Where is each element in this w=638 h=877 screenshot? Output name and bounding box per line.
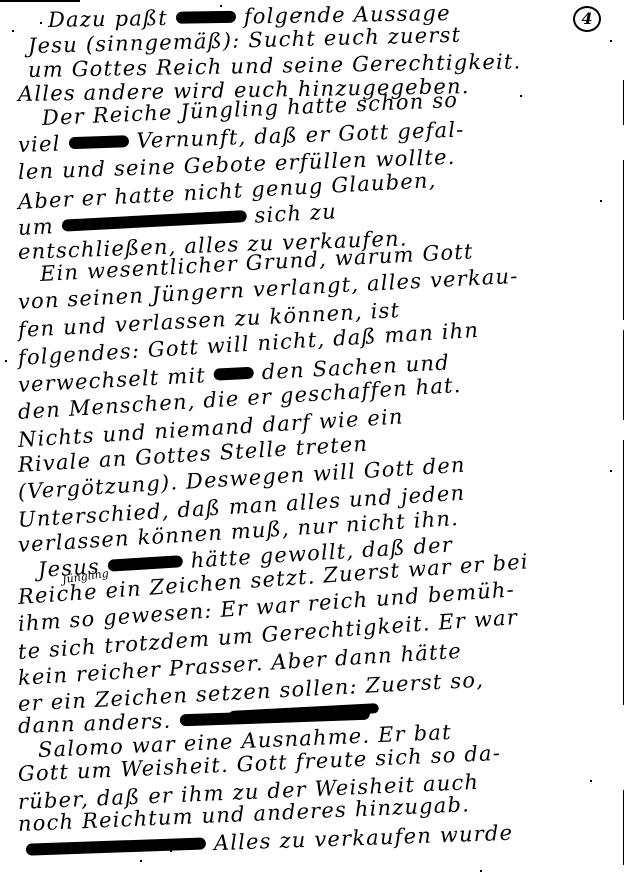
- scan-speck: [140, 860, 142, 862]
- scan-speck: [610, 470, 612, 472]
- line-text: um: [17, 214, 54, 240]
- scan-speck: [170, 850, 172, 852]
- margin-rule: [623, 160, 624, 320]
- line-text: Dazu paßt: [48, 6, 168, 32]
- scribbled-out-word: [107, 555, 183, 572]
- scan-speck: [610, 40, 612, 42]
- margin-rule: [623, 330, 624, 420]
- scan-speck: [20, 828, 22, 830]
- scan-speck: [520, 95, 522, 97]
- scan-speck: [590, 780, 592, 782]
- line-text: Alles zu verkaufen wurde: [213, 821, 513, 855]
- line-text: sich zu: [254, 199, 338, 227]
- scan-speck: [12, 30, 14, 32]
- scribbled-out-word: [214, 366, 255, 380]
- scan-edge: [0, 0, 80, 2]
- scan-speck: [600, 200, 602, 202]
- scan-speck: [220, 5, 222, 7]
- page-number: 4: [573, 6, 601, 32]
- margin-rule: [623, 440, 624, 560]
- margin-rule: [623, 560, 624, 705]
- scan-speck: [5, 360, 7, 362]
- scan-speck: [40, 22, 42, 24]
- scan-speck: [480, 870, 482, 872]
- manuscript-page: 4 Dazu paßtfolgende AussageJesu (sinngem…: [0, 0, 638, 877]
- margin-rule: [623, 80, 624, 125]
- line-text: [18, 838, 19, 862]
- scan-speck: [300, 12, 302, 14]
- scribbled-out-word: [179, 707, 369, 726]
- scribbled-out-word: [176, 10, 236, 23]
- margin-rule: [623, 790, 624, 865]
- scribbled-out-word: [26, 837, 206, 855]
- scribbled-out-word: [61, 210, 246, 232]
- line-text: viel: [18, 132, 61, 157]
- scribbled-out-word: [68, 135, 128, 149]
